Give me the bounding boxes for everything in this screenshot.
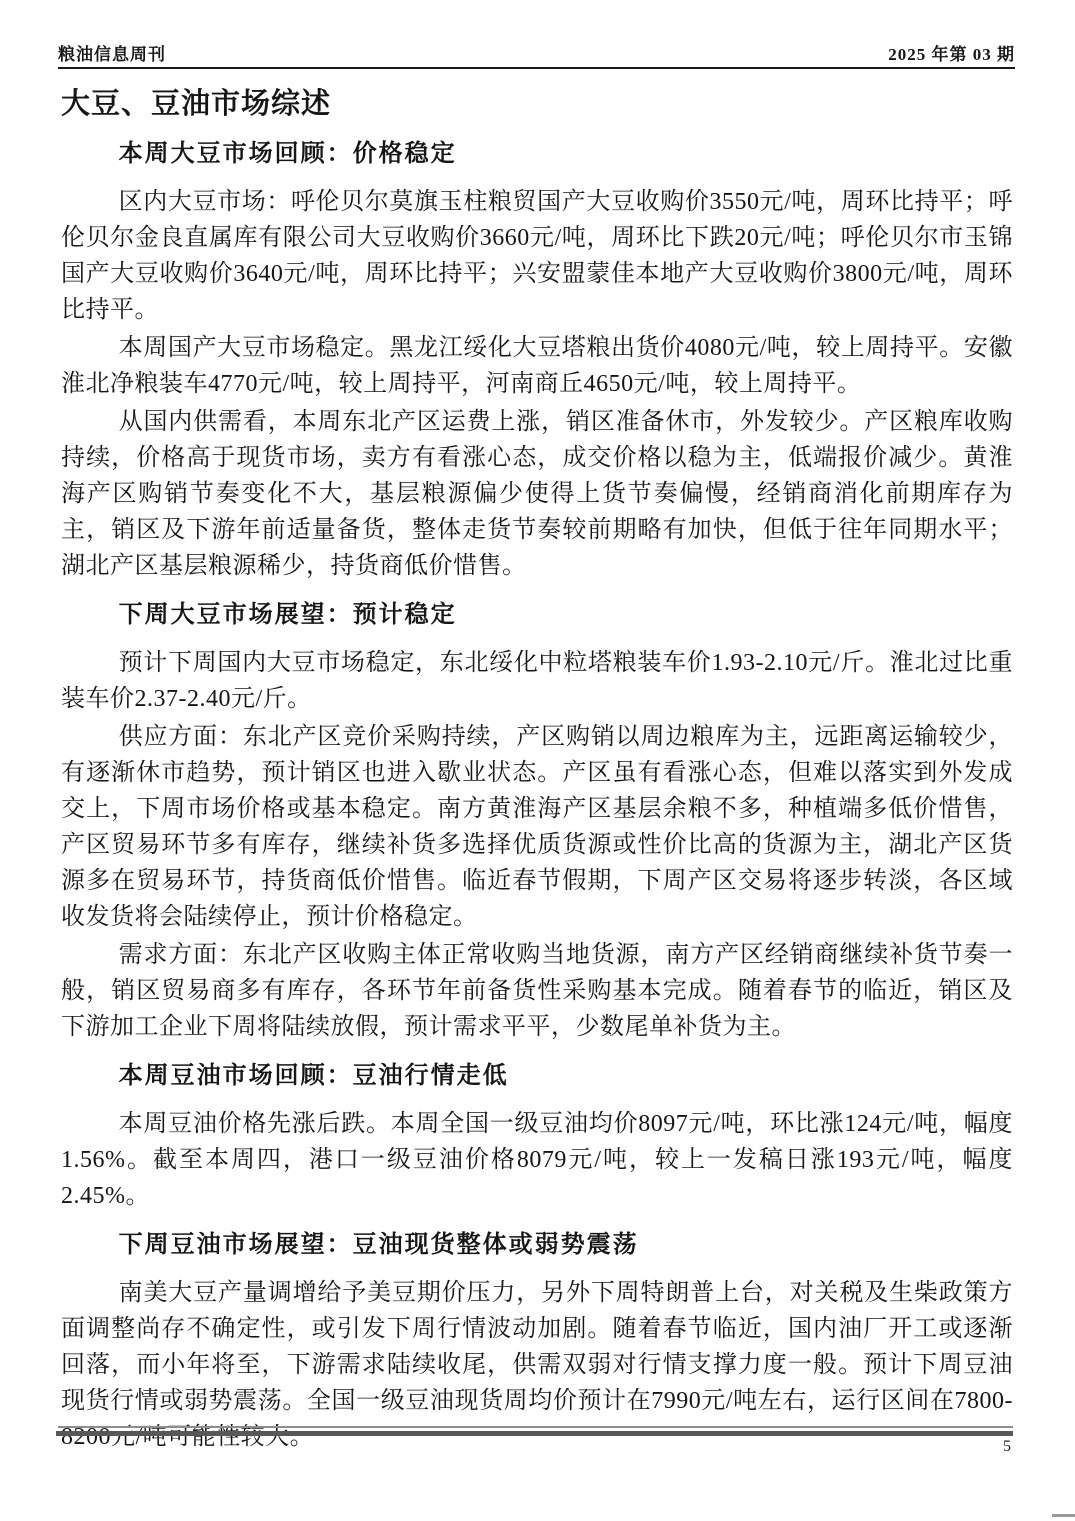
page-header: 粮油信息周刊 2025 年第 03 期 [58,40,1015,65]
paragraph: 供应方面：东北产区竞价采购持续，产区购销以周边粮库为主，远距离运输较少，有逐渐休… [61,719,1013,935]
paragraph: 南美大豆产量调增给予美豆期价压力，另外下周特朗普上台，对关税及生柴政策方面调整尚… [61,1275,1013,1455]
section-soyoil-review: 本周豆油市场回顾：豆油行情走低 本周豆油价格先涨后跌。本周全国一级豆油均价809… [61,1058,1013,1214]
section-heading: 本周豆油市场回顾：豆油行情走低 [61,1058,1013,1094]
section-soybean-review: 本周大豆市场回顾：价格稳定 区内大豆市场：呼伦贝尔莫旗玉柱粮贸国产大豆收购价35… [61,136,1013,584]
document-page: 粮油信息周刊 2025 年第 03 期 大豆、豆油市场综述 本周大豆市场回顾：价… [0,0,1075,1521]
paragraph: 本周国产大豆市场稳定。黑龙江绥化大豆塔粮出货价4080元/吨，较上周持平。安徽淮… [61,330,1013,402]
section-heading: 下周大豆市场展望：预计稳定 [61,597,1013,633]
paragraph: 本周豆油价格先涨后跌。本周全国一级豆油均价8097元/吨，环比涨124元/吨，幅… [61,1106,1013,1214]
footer-rule-thick [56,1431,1013,1436]
document-body: 大豆、豆油市场综述 本周大豆市场回顾：价格稳定 区内大豆市场：呼伦贝尔莫旗玉柱粮… [61,82,1013,1457]
page-number: 5 [1003,1438,1011,1456]
paragraph: 从国内供需看，本周东北产区运费上涨，销区准备休市，外发较少。产区粮库收购持续，价… [61,404,1013,584]
section-soyoil-outlook: 下周豆油市场展望：豆油现货整体或弱势震荡 南美大豆产量调增给予美豆期价压力，另外… [61,1227,1013,1455]
journal-title: 粮油信息周刊 [58,40,166,65]
corner-mark [1052,1514,1075,1517]
section-soybean-outlook: 下周大豆市场展望：预计稳定 预计下周国内大豆市场稳定，东北绥化中粒塔粮装车价1.… [61,597,1013,1045]
header-rule [58,67,1015,69]
paragraph: 需求方面：东北产区收购主体正常收购当地货源，南方产区经销商继续补货节奏一般，销区… [61,937,1013,1045]
footer-rule-thin [58,1426,1013,1428]
paragraph: 区内大豆市场：呼伦贝尔莫旗玉柱粮贸国产大豆收购价3550元/吨，周环比持平；呼伦… [61,184,1013,328]
section-heading: 本周大豆市场回顾：价格稳定 [61,136,1013,172]
issue-number: 2025 年第 03 期 [888,40,1015,65]
document-title: 大豆、豆油市场综述 [61,86,1013,122]
paragraph: 预计下周国内大豆市场稳定，东北绥化中粒塔粮装车价1.93-2.10元/斤。淮北过… [61,645,1013,717]
section-heading: 下周豆油市场展望：豆油现货整体或弱势震荡 [61,1227,1013,1263]
